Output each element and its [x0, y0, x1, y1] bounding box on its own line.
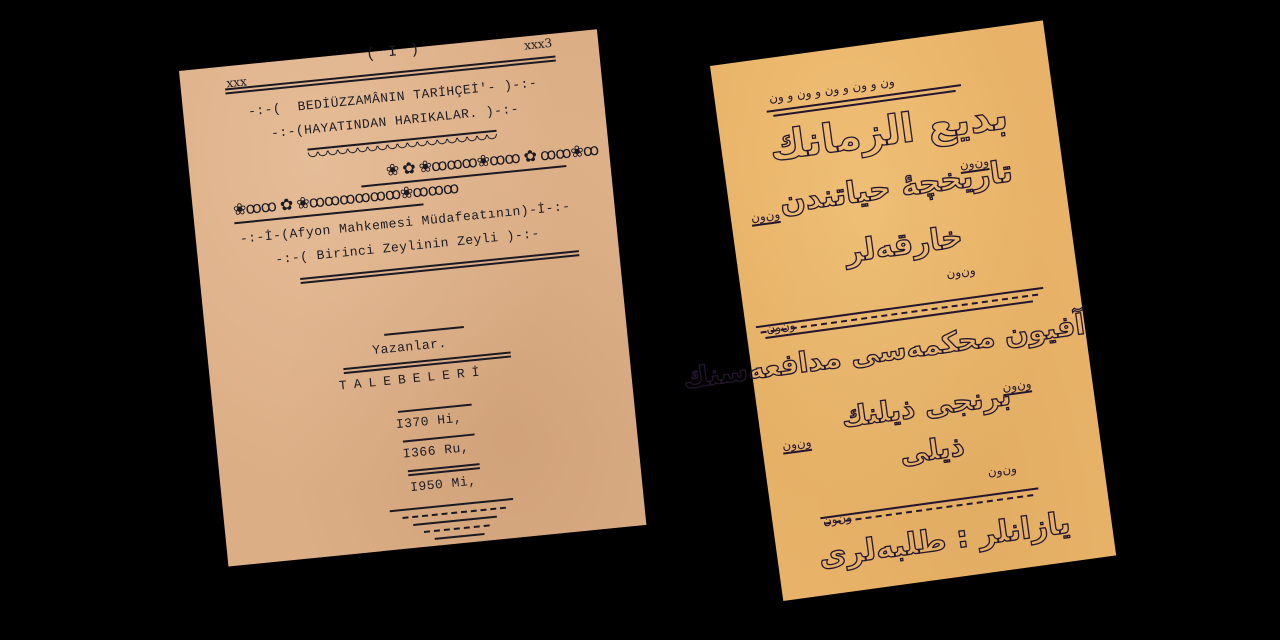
- closing-rule-5: [435, 533, 485, 540]
- closing-rule-1: [390, 498, 514, 512]
- closing-rule-4: [424, 524, 490, 533]
- arabic-authors: يازانلر : طلبه‌لرى: [776, 500, 1114, 580]
- ornament-right-mid: ﻭﻥﻭﻥ: [946, 264, 977, 281]
- ottoman-document: ﻭﻥ ﻭ ﻭﻥ ﻭ ﻭﻥ ﻭ ﻭﻥ ﻭ ﻭﻥ بديع الزمانك ﻭﻥﻭﻥ…: [710, 20, 1116, 601]
- ornament-right-low: ﻭﻥﻭﻥ: [987, 462, 1018, 479]
- typewritten-document: ( I ) xxx3 xxx -:-( BEDİÜZZAMÂNIN TARİHÇ…: [179, 29, 646, 566]
- image-stage: ( I ) xxx3 xxx -:-( BEDİÜZZAMÂNIN TARİHÇ…: [0, 0, 1280, 640]
- ornament-top-right: xxx3: [524, 36, 553, 53]
- page-number: ( I ): [365, 41, 421, 63]
- ornament-top-left: xxx: [226, 74, 248, 90]
